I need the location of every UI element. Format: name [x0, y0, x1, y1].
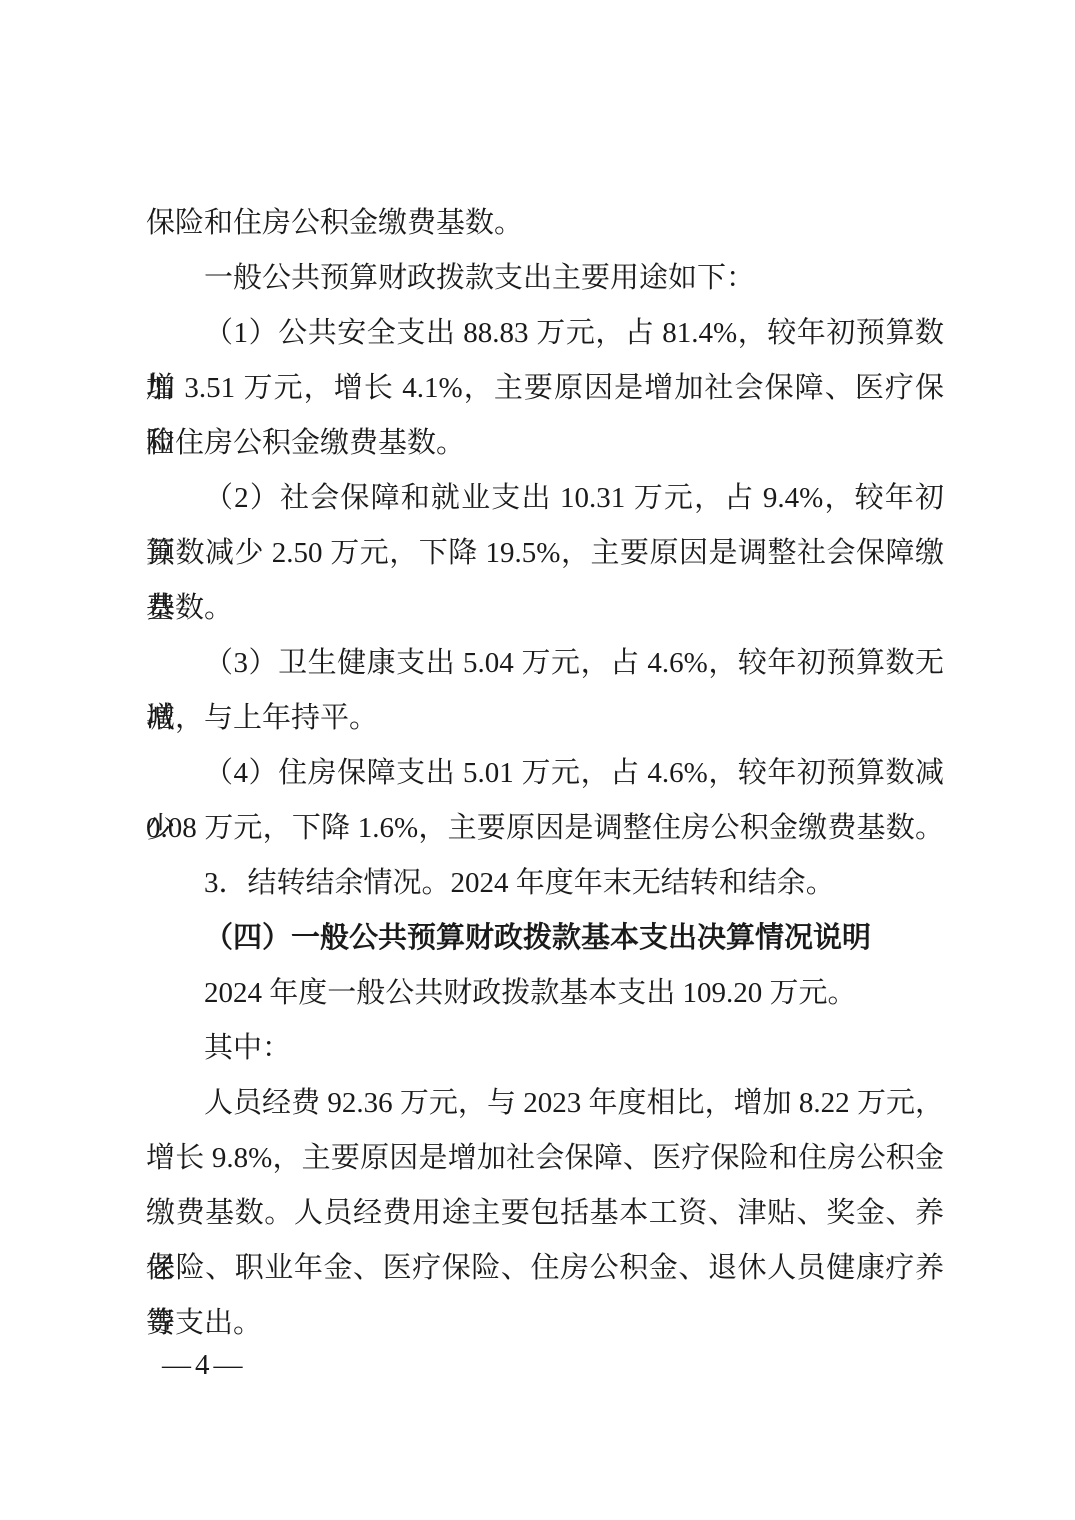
text-line: （4）住房保障支出 5.01 万元，占 4.6%，较年初预算数减少: [146, 746, 944, 801]
text-line: 保险和住房公积金缴费基数。: [146, 196, 944, 251]
page-number: —4—: [162, 1345, 247, 1385]
text-line: 算数减少 2.50 万元，下降 19.5%，主要原因是调整社会保障缴费: [146, 526, 944, 581]
text-line: 基数。: [146, 581, 944, 636]
text-line: 0.08 万元，下降 1.6%，主要原因是调整住房公积金缴费基数。: [146, 801, 944, 856]
document-page: 保险和住房公积金缴费基数。一般公共预算财政拨款支出主要用途如下：（1）公共安全支…: [0, 0, 1075, 1520]
text-line: 3．结转结余情况。2024 年度年末无结转和结余。: [146, 856, 944, 911]
text-line: 和住房公积金缴费基数。: [146, 416, 944, 471]
text-line: 减，与上年持平。: [146, 691, 944, 746]
text-line: （2）社会保障和就业支出 10.31 万元，占 9.4%，较年初预: [146, 471, 944, 526]
text-line: 人员经费 92.36 万元，与 2023 年度相比，增加 8.22 万元，: [146, 1076, 944, 1131]
document-body: 保险和住房公积金缴费基数。一般公共预算财政拨款支出主要用途如下：（1）公共安全支…: [146, 196, 944, 1351]
text-line: （1）公共安全支出 88.83 万元，占 81.4%，较年初预算数增: [146, 306, 944, 361]
text-line: （3）卫生健康支出 5.04 万元，占 4.6%，较年初预算数无增: [146, 636, 944, 691]
text-line: 等支出。: [146, 1296, 944, 1351]
text-line: 增长 9.8%，主要原因是增加社会保障、医疗保险和住房公积金: [146, 1131, 944, 1186]
text-line: 保险、职业年金、医疗保险、住房公积金、退休人员健康疗养费: [146, 1241, 944, 1296]
section-heading-line: （四）一般公共预算财政拨款基本支出决算情况说明: [146, 911, 944, 966]
text-line: 2024 年度一般公共财政拨款基本支出 109.20 万元。: [146, 966, 944, 1021]
text-line: 加 3.51 万元，增长 4.1%，主要原因是增加社会保障、医疗保险: [146, 361, 944, 416]
text-line: 其中：: [146, 1021, 944, 1076]
text-line: 缴费基数。人员经费用途主要包括基本工资、津贴、奖金、养老: [146, 1186, 944, 1241]
text-line: 一般公共预算财政拨款支出主要用途如下：: [146, 251, 944, 306]
